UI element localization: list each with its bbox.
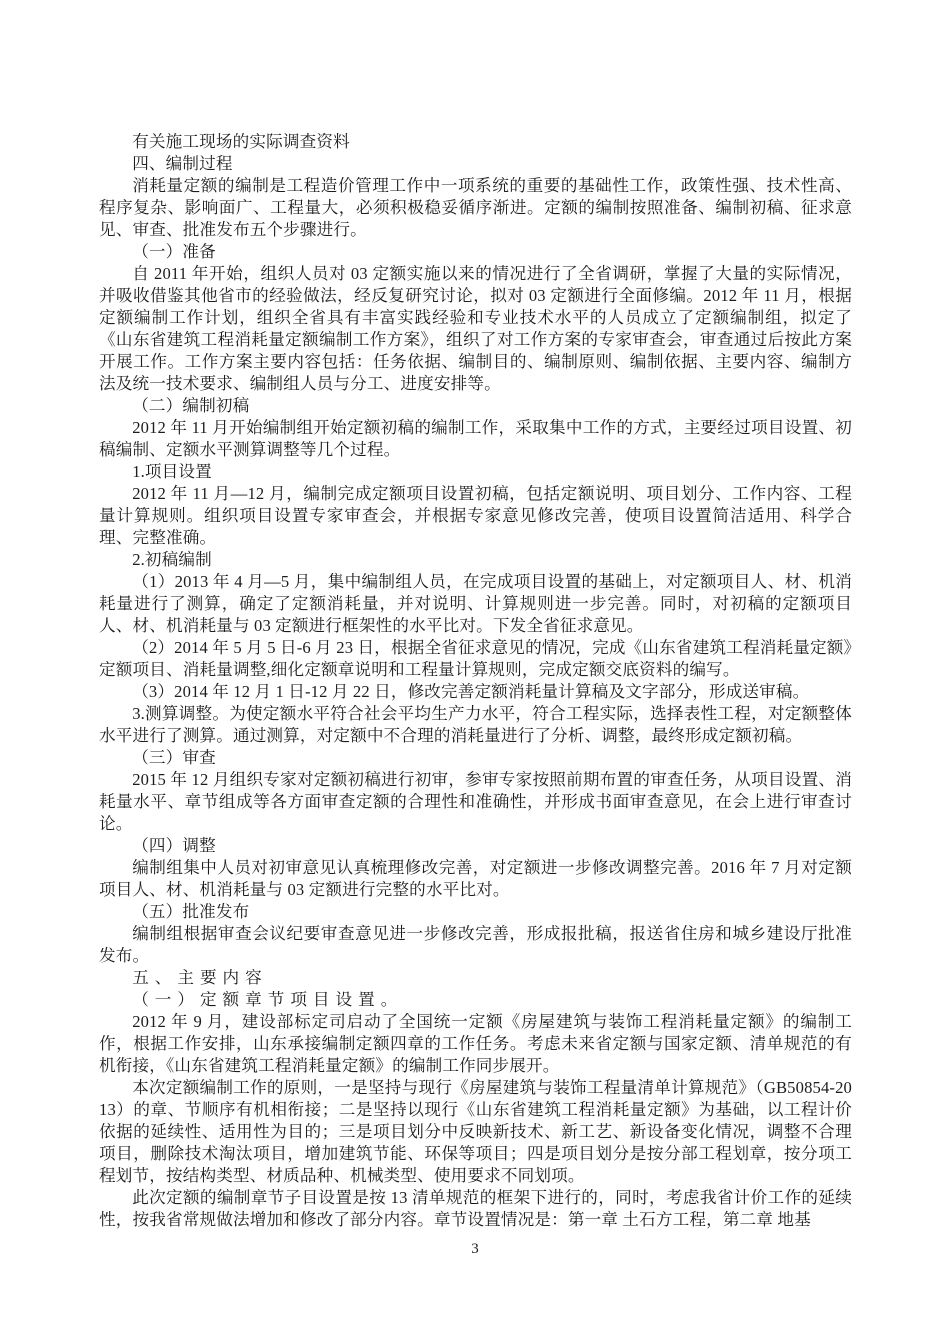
paragraph-23: 2012 年 9 月，建设部标定司启动了全国统一定额《房屋建筑与装饰工程消耗量定… [99,1011,852,1077]
paragraph-10: 2.初稿编制 [99,549,852,571]
paragraph-25: 此次定额的编制章节子目设置是按 13 清单规范的框架下进行的，同时，考虑我省计价… [99,1187,852,1231]
paragraph-19: （五）批准发布 [99,901,852,923]
paragraph-12: （2）2014 年 5 月 5 日-6 月 23 日，根据全省征求意见的情况，完… [99,637,852,681]
page-footer: 3 [0,1240,950,1258]
paragraph-8: 1.项目设置 [99,461,852,483]
paragraph-5: 自 2011 年开始，组织人员对 03 定额实施以来的情况进行了全省调研，掌握了… [99,263,852,395]
paragraph-20: 编制组根据审查会议纪要审查意见进一步修改完善，形成报批稿，报送省住房和城乡建设厅… [99,923,852,967]
paragraph-16: 2015 年 12 月组织专家对定额初稿进行初审，参审专家按照前期布置的审查任务… [99,769,852,835]
document-body: 有关施工现场的实际调查资料四、编制过程消耗量定额的编制是工程造价管理工作中一项系… [99,131,852,1231]
paragraph-11: （1）2013 年 4 月—5 月，集中编制组人员，在完成项目设置的基础上，对定… [99,571,852,637]
paragraph-9: 2012 年 11 月—12 月，编制完成定额项目设置初稿，包括定额说明、项目划… [99,483,852,549]
paragraph-3: 消耗量定额的编制是工程造价管理工作中一项系统的重要的基础性工作，政策性强、技术性… [99,175,852,241]
paragraph-2: 四、编制过程 [99,153,852,175]
paragraph-21: 五、主要内容 [99,967,852,989]
paragraph-15: （三）审查 [99,747,852,769]
paragraph-24: 本次定额编制工作的原则，一是坚持与现行《房屋建筑与装饰工程量清单计算规范》（GB… [99,1077,852,1187]
paragraph-6: （二）编制初稿 [99,395,852,417]
paragraph-18: 编制组集中人员对初审意见认真梳理修改完善，对定额进一步修改调整完善。2016 年… [99,857,852,901]
paragraph-13: （3）2014 年 12 月 1 日-12 月 22 日，修改完善定额消耗量计算… [99,681,852,703]
document-page: 有关施工现场的实际调查资料四、编制过程消耗量定额的编制是工程造价管理工作中一项系… [0,0,950,1344]
page-number: 3 [471,1241,479,1257]
paragraph-22: （一）定额章节项目设置。 [99,989,852,1011]
paragraph-1: 有关施工现场的实际调查资料 [99,131,852,153]
paragraph-17: （四）调整 [99,835,852,857]
paragraph-14: 3.测算调整。为使定额水平符合社会平均生产力水平，符合工程实际，选择表性工程，对… [99,703,852,747]
paragraph-4: （一）准备 [99,241,852,263]
paragraph-7: 2012 年 11 月开始编制组开始定额初稿的编制工作，采取集中工作的方式，主要… [99,417,852,461]
